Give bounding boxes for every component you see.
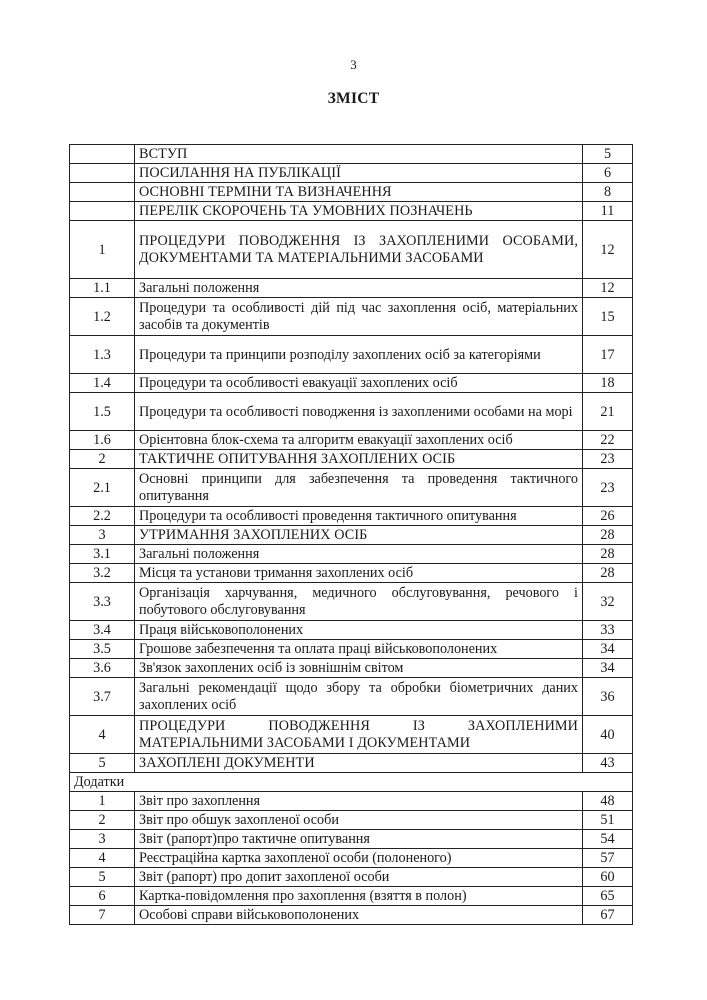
section-number: 1.1 xyxy=(70,279,135,298)
appendix-title[interactable]: Звіт про захоплення xyxy=(135,792,583,811)
appendix-title[interactable]: Картка-повідомлення про захоплення (взят… xyxy=(135,887,583,906)
section-page: 22 xyxy=(583,431,633,450)
toc-row[interactable]: 1.1Загальні положення12 xyxy=(70,279,633,298)
appendix-number: 4 xyxy=(70,849,135,868)
section-title[interactable]: Процедури та особливості проведення такт… xyxy=(135,507,583,526)
appendix-row[interactable]: 2Звіт про обшук захопленої особи51 xyxy=(70,811,633,830)
appendix-title[interactable]: Звіт (рапорт)про тактичне опитування xyxy=(135,830,583,849)
section-title[interactable]: Праця військовополонених xyxy=(135,621,583,640)
section-number: 1.4 xyxy=(70,374,135,393)
toc-row[interactable]: 3.6Зв'язок захоплених осіб із зовнішнім … xyxy=(70,659,633,678)
section-page: 28 xyxy=(583,545,633,564)
section-page: 32 xyxy=(583,583,633,621)
toc-row[interactable]: 1ПРОЦЕДУРИ ПОВОДЖЕННЯ ІЗ ЗАХОПЛЕНИМИ ОСО… xyxy=(70,221,633,279)
toc-row[interactable]: 3.4Праця військовополонених33 xyxy=(70,621,633,640)
section-number: 2.2 xyxy=(70,507,135,526)
section-number xyxy=(70,183,135,202)
appendix-page: 65 xyxy=(583,887,633,906)
appendix-row[interactable]: 4Реєстраційна картка захопленої особи (п… xyxy=(70,849,633,868)
section-page: 28 xyxy=(583,526,633,545)
section-title[interactable]: Грошове забезпечення та оплата праці вій… xyxy=(135,640,583,659)
toc-row[interactable]: 1.6Орієнтовна блок-схема та алгоритм ева… xyxy=(70,431,633,450)
section-title[interactable]: Організація харчування, медичного обслуг… xyxy=(135,583,583,621)
section-page: 17 xyxy=(583,336,633,374)
toc-row[interactable]: ВСТУП5 xyxy=(70,145,633,164)
section-page: 34 xyxy=(583,659,633,678)
section-number: 3.5 xyxy=(70,640,135,659)
appendix-row[interactable]: 5Звіт (рапорт) про допит захопленої особ… xyxy=(70,868,633,887)
section-title[interactable]: Основні принципи для забезпечення та про… xyxy=(135,469,583,507)
section-page: 40 xyxy=(583,716,633,754)
toc-row[interactable]: 1.2Процедури та особливості дій під час … xyxy=(70,298,633,336)
section-title[interactable]: ПРОЦЕДУРИ ПОВОДЖЕННЯ ІЗ ЗАХОПЛЕНИМИ МАТЕ… xyxy=(135,716,583,754)
appendix-number: 6 xyxy=(70,887,135,906)
section-title[interactable]: ПОСИЛАННЯ НА ПУБЛІКАЦІЇ xyxy=(135,164,583,183)
appendix-number: 7 xyxy=(70,906,135,925)
section-number: 3.2 xyxy=(70,564,135,583)
section-page: 12 xyxy=(583,279,633,298)
section-number: 3.4 xyxy=(70,621,135,640)
appendix-page: 48 xyxy=(583,792,633,811)
section-title[interactable]: Загальні положення xyxy=(135,545,583,564)
section-title[interactable]: Загальні рекомендації щодо збору та обро… xyxy=(135,678,583,716)
section-number xyxy=(70,145,135,164)
section-number: 5 xyxy=(70,754,135,773)
page-number: 3 xyxy=(0,57,707,73)
section-title[interactable]: Орієнтовна блок-схема та алгоритм евакуа… xyxy=(135,431,583,450)
appendix-label: Додатки xyxy=(70,773,633,792)
section-page: 34 xyxy=(583,640,633,659)
appendix-row[interactable]: 7Особові справи військовополонених67 xyxy=(70,906,633,925)
appendix-number: 5 xyxy=(70,868,135,887)
appendix-header-row: Додатки xyxy=(70,773,633,792)
toc-row[interactable]: ПОСИЛАННЯ НА ПУБЛІКАЦІЇ6 xyxy=(70,164,633,183)
section-title[interactable]: Процедури та особливості поводження із з… xyxy=(135,393,583,431)
appendix-row[interactable]: 1Звіт про захоплення48 xyxy=(70,792,633,811)
section-page: 12 xyxy=(583,221,633,279)
section-number: 3.6 xyxy=(70,659,135,678)
section-number xyxy=(70,164,135,183)
toc-row[interactable]: 3.5Грошове забезпечення та оплата праці … xyxy=(70,640,633,659)
section-page: 15 xyxy=(583,298,633,336)
section-title[interactable]: Зв'язок захоплених осіб із зовнішнім сві… xyxy=(135,659,583,678)
section-title[interactable]: ОСНОВНІ ТЕРМІНИ ТА ВИЗНАЧЕННЯ xyxy=(135,183,583,202)
section-number: 4 xyxy=(70,716,135,754)
section-page: 5 xyxy=(583,145,633,164)
appendix-page: 51 xyxy=(583,811,633,830)
toc-row[interactable]: 2.2Процедури та особливості проведення т… xyxy=(70,507,633,526)
section-number: 1 xyxy=(70,221,135,279)
section-title[interactable]: Процедури та особливості дій під час зах… xyxy=(135,298,583,336)
section-title[interactable]: УТРИМАННЯ ЗАХОПЛЕНИХ ОСІБ xyxy=(135,526,583,545)
section-number: 1.3 xyxy=(70,336,135,374)
toc-row[interactable]: 1.3Процедури та принципи розподілу захоп… xyxy=(70,336,633,374)
section-page: 18 xyxy=(583,374,633,393)
toc-row[interactable]: 3.2Місця та установи тримання захоплених… xyxy=(70,564,633,583)
page-title: ЗМІСТ xyxy=(0,90,707,108)
section-title[interactable]: Процедури та принципи розподілу захоплен… xyxy=(135,336,583,374)
section-page: 43 xyxy=(583,754,633,773)
section-page: 26 xyxy=(583,507,633,526)
appendix-row[interactable]: 3Звіт (рапорт)про тактичне опитування54 xyxy=(70,830,633,849)
toc-row[interactable]: 3.7Загальні рекомендації щодо збору та о… xyxy=(70,678,633,716)
section-title[interactable]: ЗАХОПЛЕНІ ДОКУМЕНТИ xyxy=(135,754,583,773)
section-page: 33 xyxy=(583,621,633,640)
appendix-page: 67 xyxy=(583,906,633,925)
appendix-page: 57 xyxy=(583,849,633,868)
section-page: 23 xyxy=(583,469,633,507)
toc-row[interactable]: 3УТРИМАННЯ ЗАХОПЛЕНИХ ОСІБ28 xyxy=(70,526,633,545)
toc-row[interactable]: ОСНОВНІ ТЕРМІНИ ТА ВИЗНАЧЕННЯ8 xyxy=(70,183,633,202)
section-title[interactable]: ПЕРЕЛІК СКОРОЧЕНЬ ТА УМОВНИХ ПОЗНАЧЕНЬ xyxy=(135,202,583,221)
section-page: 11 xyxy=(583,202,633,221)
section-page: 36 xyxy=(583,678,633,716)
appendix-number: 1 xyxy=(70,792,135,811)
appendix-title[interactable]: Особові справи військовополонених xyxy=(135,906,583,925)
section-page: 6 xyxy=(583,164,633,183)
section-title[interactable]: Процедури та особливості евакуації захоп… xyxy=(135,374,583,393)
toc-row[interactable]: 5ЗАХОПЛЕНІ ДОКУМЕНТИ43 xyxy=(70,754,633,773)
section-number: 3.7 xyxy=(70,678,135,716)
section-title[interactable]: ПРОЦЕДУРИ ПОВОДЖЕННЯ ІЗ ЗАХОПЛЕНИМИ ОСОБ… xyxy=(135,221,583,279)
toc-row[interactable]: 1.5Процедури та особливості поводження і… xyxy=(70,393,633,431)
section-title[interactable]: Місця та установи тримання захоплених ос… xyxy=(135,564,583,583)
section-number xyxy=(70,202,135,221)
section-number: 2 xyxy=(70,450,135,469)
appendix-page: 54 xyxy=(583,830,633,849)
section-page: 21 xyxy=(583,393,633,431)
section-page: 28 xyxy=(583,564,633,583)
section-number: 2.1 xyxy=(70,469,135,507)
appendix-title[interactable]: Реєстраційна картка захопленої особи (по… xyxy=(135,849,583,868)
appendix-number: 3 xyxy=(70,830,135,849)
table-of-contents: ВСТУП5ПОСИЛАННЯ НА ПУБЛІКАЦІЇ6ОСНОВНІ ТЕ… xyxy=(69,144,633,925)
section-number: 3 xyxy=(70,526,135,545)
section-number: 1.5 xyxy=(70,393,135,431)
section-page: 8 xyxy=(583,183,633,202)
section-page: 23 xyxy=(583,450,633,469)
section-number: 3.1 xyxy=(70,545,135,564)
toc-row[interactable]: 2ТАКТИЧНЕ ОПИТУВАННЯ ЗАХОПЛЕНИХ ОСІБ23 xyxy=(70,450,633,469)
section-number: 1.6 xyxy=(70,431,135,450)
section-title[interactable]: ТАКТИЧНЕ ОПИТУВАННЯ ЗАХОПЛЕНИХ ОСІБ xyxy=(135,450,583,469)
appendix-page: 60 xyxy=(583,868,633,887)
section-number: 1.2 xyxy=(70,298,135,336)
toc-row[interactable]: 4ПРОЦЕДУРИ ПОВОДЖЕННЯ ІЗ ЗАХОПЛЕНИМИ МАТ… xyxy=(70,716,633,754)
appendix-title[interactable]: Звіт (рапорт) про допит захопленої особи xyxy=(135,868,583,887)
toc-row[interactable]: 3.3Організація харчування, медичного обс… xyxy=(70,583,633,621)
appendix-row[interactable]: 6Картка-повідомлення про захоплення (взя… xyxy=(70,887,633,906)
toc-row[interactable]: 3.1Загальні положення28 xyxy=(70,545,633,564)
toc-row[interactable]: 2.1Основні принципи для забезпечення та … xyxy=(70,469,633,507)
toc-row[interactable]: 1.4Процедури та особливості евакуації за… xyxy=(70,374,633,393)
toc-row[interactable]: ПЕРЕЛІК СКОРОЧЕНЬ ТА УМОВНИХ ПОЗНАЧЕНЬ11 xyxy=(70,202,633,221)
toc-body: ВСТУП5ПОСИЛАННЯ НА ПУБЛІКАЦІЇ6ОСНОВНІ ТЕ… xyxy=(70,145,633,925)
appendix-number: 2 xyxy=(70,811,135,830)
appendix-title[interactable]: Звіт про обшук захопленої особи xyxy=(135,811,583,830)
section-number: 3.3 xyxy=(70,583,135,621)
section-title[interactable]: Загальні положення xyxy=(135,279,583,298)
section-title[interactable]: ВСТУП xyxy=(135,145,583,164)
